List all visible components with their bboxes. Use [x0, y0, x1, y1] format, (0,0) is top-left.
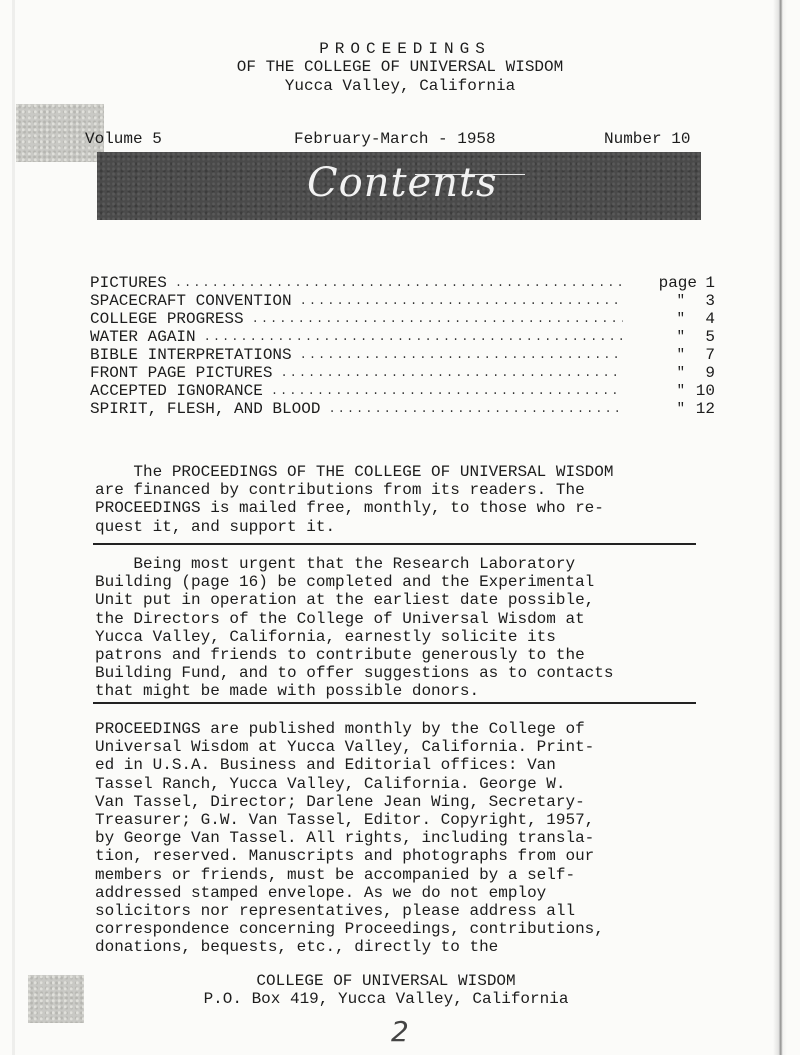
- contents-heading: Contents: [307, 160, 487, 206]
- contents-banner: Contents: [97, 152, 701, 220]
- page-number: 2: [391, 1015, 409, 1048]
- dot-leader: ........................................…: [280, 364, 623, 382]
- ditto-mark: ": [669, 400, 685, 418]
- dot-leader: ........................................…: [328, 400, 623, 418]
- toc-entry-page: 3: [685, 292, 715, 310]
- toc-entry-title: FRONT PAGE PICTURES: [90, 364, 272, 382]
- toc-entry-page: 7: [685, 346, 715, 364]
- toc-entry: ........................................…: [90, 346, 715, 364]
- issue-number: Number 10: [604, 130, 690, 148]
- publication-header: PROCEEDINGS OF THE COLLEGE OF UNIVERSAL …: [0, 40, 800, 96]
- toc-page-prefix: page: [659, 274, 697, 292]
- toc-entry-page: 10: [685, 382, 715, 400]
- dot-leader: ........................................…: [252, 310, 623, 328]
- toc-entry: ........................................…: [90, 382, 715, 400]
- toc-entry: ........................................…: [90, 328, 715, 346]
- dot-leader: ........................................…: [204, 328, 623, 346]
- toc-entry-title: SPIRIT, FLESH, AND BLOOD: [90, 400, 320, 418]
- toc-entry: ........................................…: [90, 364, 715, 382]
- toc-entry-page: 9: [685, 364, 715, 382]
- publication-location: Yucca Valley, California: [0, 77, 800, 96]
- ditto-mark: ": [669, 292, 685, 310]
- footer-organization: COLLEGE OF UNIVERSAL WISDOM: [0, 972, 786, 990]
- toc-entry-title: BIBLE INTERPRETATIONS: [90, 346, 292, 364]
- toc-entry-title: PICTURES: [90, 274, 167, 292]
- ditto-mark: ": [669, 346, 685, 364]
- scan-edge-left: [12, 0, 15, 1055]
- issue-date: February-March - 1958: [294, 130, 496, 148]
- publication-notice: PROCEEDINGS are published monthly by the…: [95, 720, 604, 957]
- section-divider: [93, 702, 696, 704]
- toc-entry-page: 1: [705, 274, 715, 292]
- ditto-mark: ": [669, 328, 685, 346]
- toc-entry-page: 4: [685, 310, 715, 328]
- toc-entry-page: 12: [685, 400, 715, 418]
- toc-entry-title: WATER AGAIN: [90, 328, 196, 346]
- ditto-mark: ": [669, 310, 685, 328]
- dot-leader: ........................................…: [175, 274, 623, 292]
- toc-entry-title: ACCEPTED IGNORANCE: [90, 382, 263, 400]
- building-fund-appeal: Being most urgent that the Research Labo…: [95, 555, 613, 701]
- footer-address: P.O. Box 419, Yucca Valley, California: [0, 990, 786, 1008]
- toc-entry: ........................................…: [90, 292, 715, 310]
- toc-entry-page: 5: [685, 328, 715, 346]
- dot-leader: ........................................…: [271, 382, 623, 400]
- dot-leader: ........................................…: [300, 292, 623, 310]
- toc-entry: ........................................…: [90, 310, 715, 328]
- toc-entry: ........................................…: [90, 400, 715, 418]
- section-divider: [93, 543, 696, 545]
- scan-edge-right: [773, 0, 787, 1055]
- toc-entry: ........................................…: [90, 274, 715, 292]
- ditto-mark: ": [669, 382, 685, 400]
- dot-leader: ........................................…: [300, 346, 623, 364]
- toc-entry-title: SPACECRAFT CONVENTION: [90, 292, 292, 310]
- table-of-contents: ........................................…: [90, 274, 715, 418]
- volume-label: Volume 5: [85, 130, 162, 148]
- publication-title: PROCEEDINGS: [10, 40, 800, 58]
- toc-entry-title: COLLEGE PROGRESS: [90, 310, 244, 328]
- publication-subtitle: OF THE COLLEGE OF UNIVERSAL WISDOM: [0, 58, 800, 77]
- financing-paragraph: The PROCEEDINGS OF THE COLLEGE OF UNIVER…: [95, 463, 613, 536]
- ditto-mark: ": [669, 364, 685, 382]
